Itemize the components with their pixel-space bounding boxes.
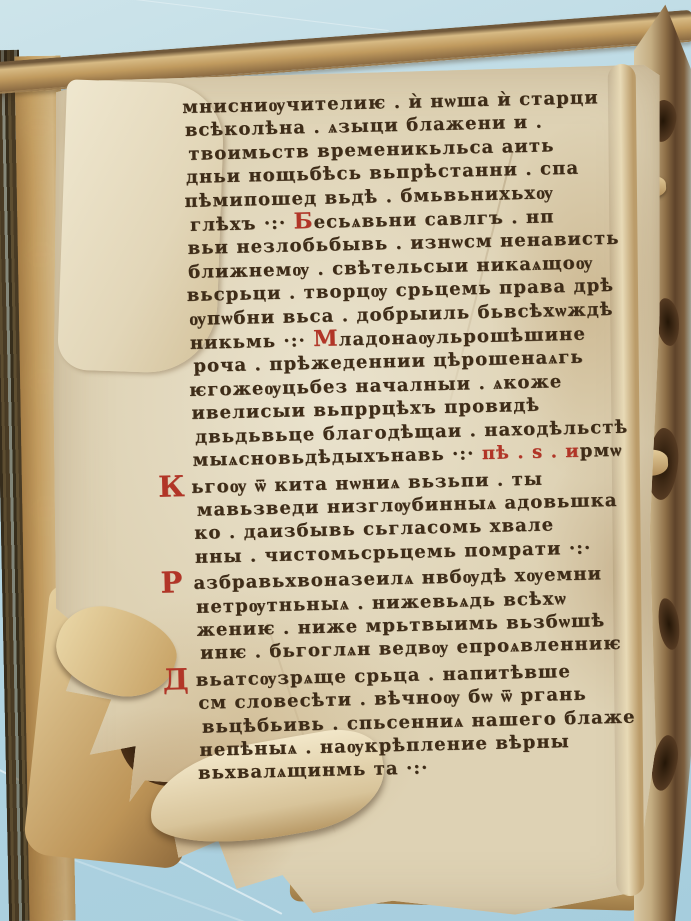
rubric-initial: Б — [293, 208, 314, 234]
rubric-initial: К — [158, 475, 191, 496]
text-block: мнисниѹчителиѥ . ѝ нѡша ѝ старцивсѣколѣн… — [184, 85, 670, 786]
ink-text: вьхвалѧщинмь та ·:· — [198, 758, 429, 784]
rubric-initial: М — [313, 325, 339, 352]
rubric-initial: Д — [163, 669, 196, 690]
ink-text: рмѡ — [580, 440, 623, 462]
ink-text: никьмь ·:· — [190, 330, 314, 354]
rubric-text: пѣ . ѕ . и — [482, 441, 580, 464]
rubric-initial: Р — [160, 572, 193, 593]
ink-text: глѣхъ ·:· — [190, 212, 294, 235]
manuscript-photo: мнисниѹчителиѥ . ѝ нѡша ѝ старцивсѣколѣн… — [0, 0, 691, 921]
